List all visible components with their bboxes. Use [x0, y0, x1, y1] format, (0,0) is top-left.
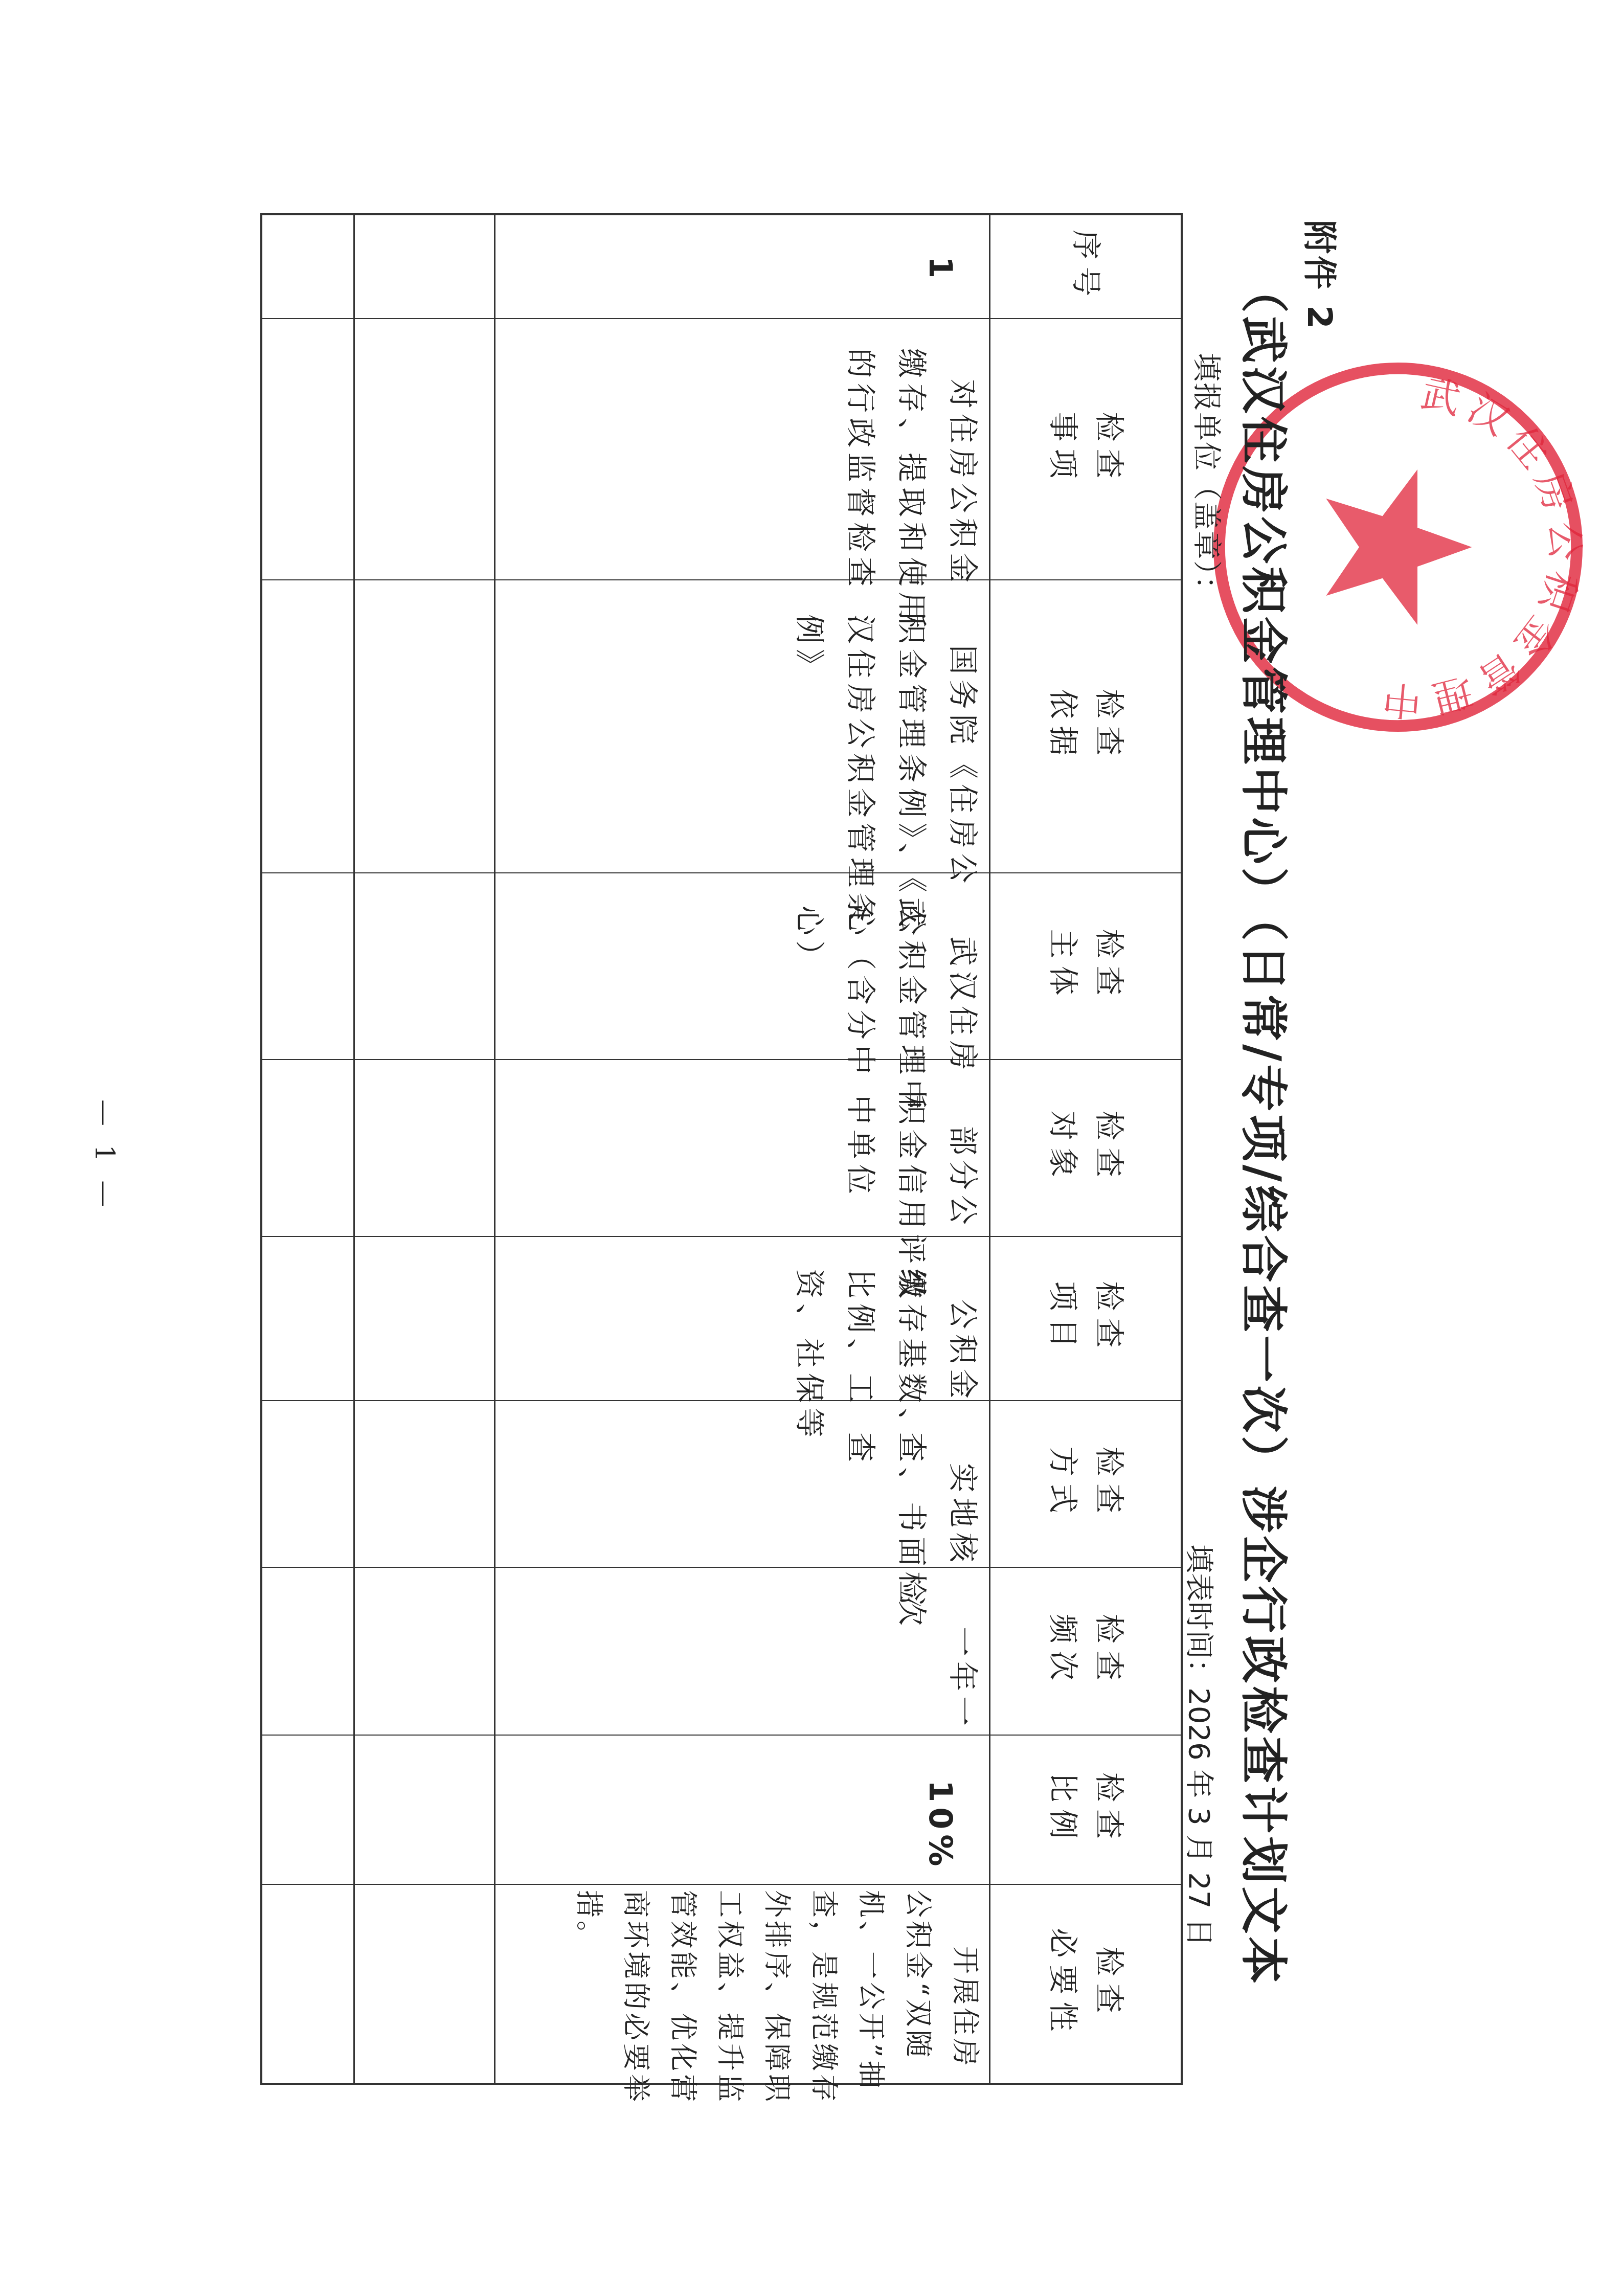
- table-header-cell: 检查对象: [990, 1059, 1181, 1236]
- cell-line: 一年一: [937, 1596, 988, 1731]
- cell-line: 心（含分中: [835, 906, 886, 1114]
- cell-line: 例》: [784, 614, 835, 932]
- table-header-cell: 检查必要性: [990, 1884, 1181, 2083]
- cell-line: 开展住房: [941, 1890, 988, 2105]
- cell-line: 缴存基数、: [886, 1269, 937, 1443]
- cell-basis: 国务院《住房公积金管理条例》、《武汉住房公积金管理条例》: [784, 614, 988, 932]
- cell-line: 比例、工: [835, 1269, 886, 1443]
- cell-index: 1: [915, 256, 966, 283]
- cell-project: 公积金缴存基数、比例、工资、社保等: [784, 1269, 988, 1443]
- table-header-cell: 检查事项: [990, 318, 1181, 579]
- cell-line: 资、社保等: [784, 1269, 835, 1443]
- cell-line: 措。: [565, 1890, 612, 2105]
- cell-line: 的行政监督检查: [835, 348, 886, 626]
- table-header-cell: 检查频次: [990, 1567, 1181, 1735]
- cell-frequency: 一年一次: [886, 1596, 988, 1731]
- cell-line: 武汉住房: [937, 906, 988, 1114]
- cell-line: 汉住房公积金管理条: [835, 614, 886, 932]
- table-header-cell: 检查方式: [990, 1400, 1181, 1567]
- cell-line: 积金管理条例》、《武: [886, 614, 937, 932]
- cell-ratio: 10%: [915, 1780, 966, 1871]
- cell-subject: 武汉住房公积金管理中心（含分中心）: [784, 906, 988, 1114]
- cell-item: 对住房公积金缴存、提取和使用的行政监督检查: [835, 348, 988, 626]
- inspection-plan-table: 序号检查事项检查依据检查主体检查对象检查项目检查方式检查频次检查比例检查必要性 …: [260, 213, 1183, 2085]
- cell-line: 实地核: [937, 1432, 988, 1606]
- attachment-label: 附件 2: [1298, 220, 1347, 331]
- cell-line: 查: [835, 1432, 886, 1606]
- fill-date: 填表时间：2026 年 3 月 27 日: [1181, 1544, 1222, 1946]
- reporting-unit-label: 填报单位（盖章）：: [1188, 353, 1229, 605]
- cell-line: 对住房公积金: [937, 348, 988, 626]
- cell-line: 外排序、保障职: [753, 1890, 800, 2105]
- cell-method: 实地核查、书面检查: [835, 1432, 988, 1606]
- cell-line: 公积金“双随: [894, 1890, 941, 2105]
- table-header-cell: 检查比例: [990, 1735, 1181, 1884]
- cell-line: 公积金: [937, 1269, 988, 1443]
- cell-line: 国务院《住房公: [937, 614, 988, 932]
- page-number: — 1 —: [89, 1099, 120, 1212]
- cell-line: 次: [886, 1596, 937, 1731]
- cell-line: 心）: [784, 906, 835, 1114]
- cell-line: 机、一公开”抽: [847, 1890, 894, 2105]
- cell-line: 缴存、提取和使用: [886, 348, 937, 626]
- document-page: 武汉住房公积金管理中心 附件 2 （武汉住房公积金管理中心）（日常/专项/综合查…: [0, 0, 1623, 2296]
- table-header-cell: 检查项目: [990, 1236, 1181, 1400]
- cell-line: 查，是规范缴存: [800, 1890, 847, 2105]
- table-header-cell: 检查依据: [990, 579, 1181, 872]
- table-header-cell: 序号: [990, 215, 1181, 318]
- cell-line: 公积金管理中: [886, 906, 937, 1114]
- cell-line: 管效能、优化营: [659, 1890, 706, 2105]
- cell-line: 查、书面检: [886, 1432, 937, 1606]
- cell-line: 商环境的必要举: [612, 1890, 659, 2105]
- cell-line: 工权益、提升监: [706, 1890, 753, 2105]
- table-header-cell: 检查主体: [990, 872, 1181, 1059]
- page-title: （武汉住房公积金管理中心）（日常/专项/综合查一次）涉企行政检查计划文本: [1233, 266, 1301, 1987]
- cell-necessity: 开展住房公积金“双随机、一公开”抽查，是规范缴存外排序、保障职工权益、提升监管效…: [565, 1890, 988, 2105]
